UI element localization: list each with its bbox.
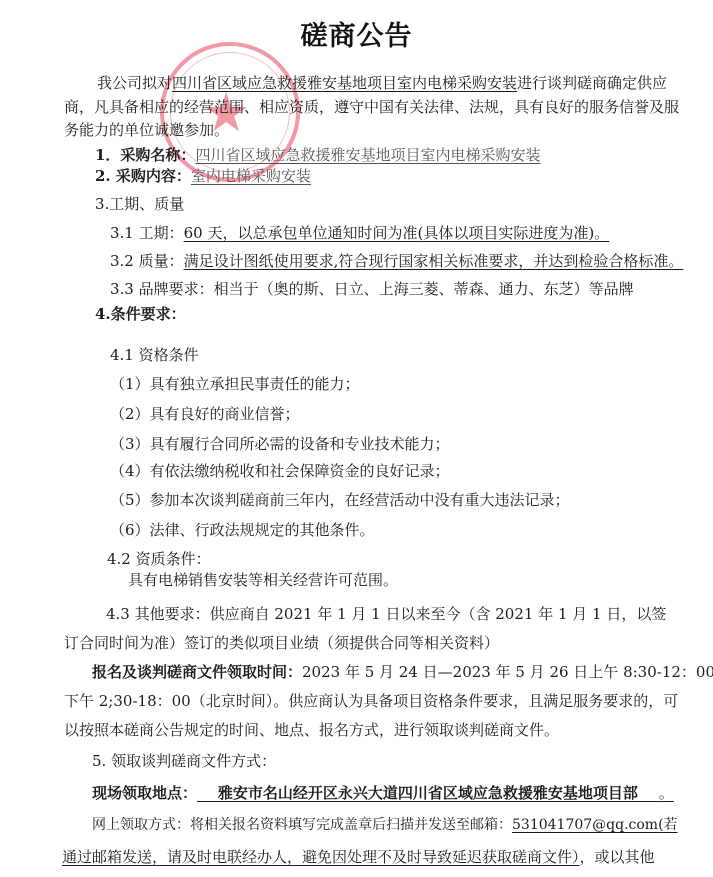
registration-time-line-2: 下午 2;30-18：00（北京时间）。供应商认为具备项目资格条件要求，且满足服… [64,692,678,710]
online-text: 将相关报名资料填写完成盖章后扫描并发送至邮箱： [190,817,512,833]
qualification-item: （6）法律、行政法规规定的其他条件。 [110,521,375,539]
onsite-address: 雅安市名山经开区永兴大道四川省区域应急救援雅安基地项目部 [197,784,659,802]
intro-line-3: 务能力的单位诚邀参加。 [64,121,229,139]
section-4-3-line-2: 订合同时间为准）签订的类似项目业绩（须提供合同等相关资料） [64,634,499,652]
intro-project-name: 四川省区域应急救援雅安基地项目室内电梯采购安装 [172,74,517,92]
section-3-heading: 3.工期、质量 [95,195,184,213]
qualification-item: （5）参加本次谈判磋商前三年内，在经营活动中没有重大违法记录； [110,491,570,509]
online-pickup-method: 网上领取方式：将相关报名资料填写完成盖章后扫描并发送至邮箱：531041707@… [92,816,678,834]
section-3-1: 3.1 工期：60 天，以总承包单位通知时间为准(具体以项目实际进度为准)。 [110,224,609,242]
section-4-2-text: 具有电梯销售安装等相关经营许可范围。 [128,571,398,589]
onsite-label: 现场领取地点： [92,784,197,802]
procurement-name: 1．采购名称：四川省区域应急救援雅安基地项目室内电梯采购安装 [95,146,540,164]
procurement-content-label: 2. 采购内容： [95,167,191,185]
page-title: 磋商公告 [0,14,713,53]
procurement-content-value: 室内电梯采购安装 [191,167,311,185]
section-4-1-heading: 4.1 资格条件 [110,346,199,364]
procurement-name-value: 四川省区域应急救援雅安基地项目室内电梯采购安装 [195,146,540,164]
qualification-item: （2）具有良好的商业信誉； [110,405,300,423]
duration-label: 3.1 工期： [110,224,184,242]
duration-value: 60 天，以总承包单位通知时间为准(具体以项目实际进度为准)。 [184,224,610,242]
registration-time-value: 2023 年 5 月 24 日—2023 年 5 月 26 日上午 8:30-1… [302,663,713,681]
online-label: 网上领取方式： [92,817,190,833]
section-4-heading: 4.条件要求： [95,305,186,323]
registration-time-line-1: 报名及谈判磋商文件领取时间：2023 年 5 月 24 日—2023 年 5 月… [92,663,713,681]
intro-line-2: 商，凡具备相应的经营范围、相应资质，遵守中国有关法律、法规，具有良好的服务信誉及… [64,98,679,116]
registration-time-line-3: 以按照本磋商公告规定的时间、地点、报名方式，进行领取谈判磋商文件。 [64,721,559,739]
quality-value: 满足设计图纸使用要求,符合现行国家相关标准要求，并达到检验合格标准。 [184,252,684,270]
qualification-item: （1）具有独立承担民事责任的能力； [110,375,360,393]
online-note-tail: ，或以其他 [580,848,655,866]
procurement-name-label: 1．采购名称： [95,146,195,164]
intro-suffix: 进行谈判磋商确定供应 [517,74,667,92]
intro-prefix: 我公司拟对 [97,74,172,92]
qualification-item: （4）有依法缴纳税收和社会保障资金的良好记录； [110,462,450,480]
section-3-2: 3.2 质量：满足设计图纸使用要求,符合现行国家相关标准要求，并达到检验合格标准… [110,252,683,270]
registration-time-label: 报名及谈判磋商文件领取时间： [92,663,302,681]
section-4-2-heading: 4.2 资质条件： [107,550,211,568]
online-note: 通过邮箱发送，请及时电联经办人，避免因处理不及时导致延迟获取磋商文件） [62,848,580,866]
onsite-pickup-location: 现场领取地点： 雅安市名山经开区永兴大道四川省区域应急救援雅安基地项目部 。 [92,784,674,802]
document-page: 磋商公告 ★ 我公司拟对四川省区域应急救援雅安基地项目室内电梯采购安装进行谈判磋… [0,0,713,877]
onsite-end: 。 [659,784,674,802]
section-4-3-line-1: 4.3 其他要求：供应商自 2021 年 1 月 1 日以来至今（含 2021 … [106,605,666,623]
section-3-3-brand-requirement: 3.3 品牌要求：相当于（奥的斯、日立、上海三菱、蒂森、通力、东芝）等品牌 [110,280,634,298]
procurement-content: 2. 采购内容：室内电梯采购安装 [95,167,311,185]
online-tail: (若 [658,817,677,833]
intro-line-1: 我公司拟对四川省区域应急救援雅安基地项目室内电梯采购安装进行谈判磋商确定供应 [97,74,667,92]
email-link[interactable]: 531041707@qq.com [512,817,658,833]
quality-label: 3.2 质量： [110,252,184,270]
online-note-line: 通过邮箱发送，请及时电联经办人，避免因处理不及时导致延迟获取磋商文件），或以其他 [62,848,655,866]
qualification-item: （3）具有履行合同所必需的设备和专业技术能力； [110,435,450,453]
section-5-heading: 5. 领取谈判磋商文件方式： [92,752,276,770]
